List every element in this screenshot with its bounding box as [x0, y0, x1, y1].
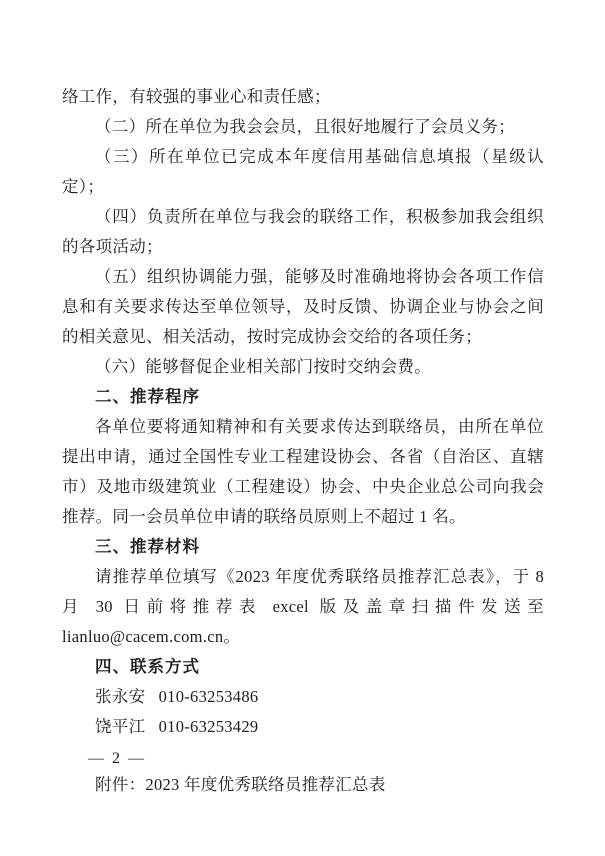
document-body: 络工作，有较强的事业心和责任感；（二）所在单位为我会会员，且很好地履行了会员义务…: [62, 82, 544, 800]
paragraph: 请推荐单位填写《2023 年度优秀联络员推荐汇总表》，于 8 月 30 日前将推…: [62, 562, 544, 652]
contact-line: 饶平江010-63253429: [62, 712, 544, 742]
section-heading: 二、推荐程序: [62, 382, 544, 412]
paragraph: （三）所在单位已完成本年度信用基础信息填报（星级认定）；: [62, 142, 544, 202]
paragraph: 各单位要将通知精神和有关要求传达到联络员，由所在单位提出申请，通过全国性专业工程…: [62, 412, 544, 532]
document-page: 络工作，有较强的事业心和责任感；（二）所在单位为我会会员，且很好地履行了会员义务…: [0, 0, 605, 856]
paragraph: （四）负责所在单位与我会的联络工作，积极参加我会组织的各项活动；: [62, 202, 544, 262]
contact-name: 张永安: [95, 687, 145, 706]
page-number: — 2 —: [88, 747, 146, 771]
paragraph: （二）所在单位为我会会员，且很好地履行了会员义务；: [62, 112, 544, 142]
paragraph: （六）能够督促企业相关部门按时交纳会费。: [62, 352, 544, 382]
paragraph: （五）组织协调能力强，能够及时准确地将协会各项工作信息和有关要求传达至单位领导，…: [62, 262, 544, 352]
contact-name: 饶平江: [95, 717, 145, 736]
paragraph-continuation: 络工作，有较强的事业心和责任感；: [62, 82, 544, 112]
section-heading: 四、联系方式: [62, 652, 544, 682]
attachment-line: 附件：2023 年度优秀联络员推荐汇总表: [62, 770, 544, 800]
contact-phone: 010-63253429: [159, 717, 259, 736]
section-heading: 三、推荐材料: [62, 532, 544, 562]
contact-line: 张永安010-63253486: [62, 682, 544, 712]
contact-phone: 010-63253486: [159, 687, 259, 706]
